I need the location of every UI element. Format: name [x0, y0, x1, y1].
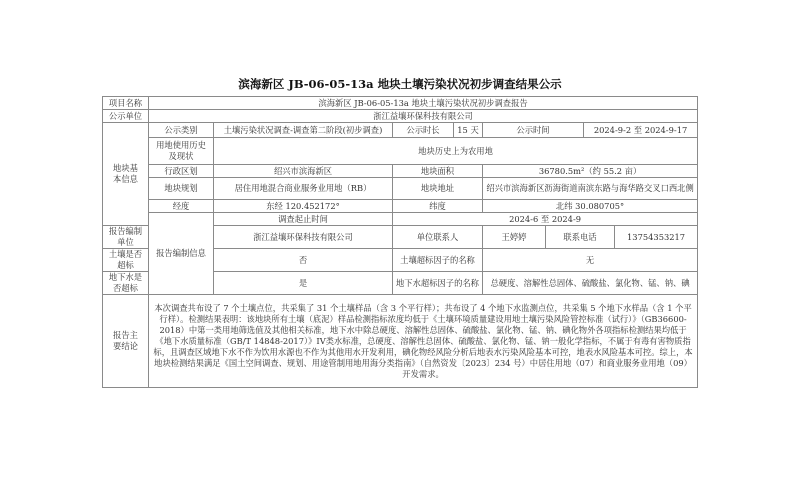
address-value: 绍兴市滨海新区沥海街道南滨东路与海华路交叉口西北侧 [483, 178, 698, 200]
period-label: 公示时间 [483, 123, 584, 138]
groundwater-exceed-label: 地下水是否超标 [103, 272, 149, 295]
contact-label: 单位联系人 [393, 226, 483, 249]
publisher-label: 公示单位 [103, 110, 149, 123]
category-value: 土壤污染状况调查-调查第二阶段(初步调查) [214, 123, 393, 138]
row-plan: 地块规划 居住用地混合商业服务业用地（RB） 地块地址 绍兴市滨海新区沥海街道南… [103, 178, 698, 200]
longitude-label: 经度 [149, 200, 214, 213]
groundwater-factor-label: 地下水超标因子的名称 [393, 272, 483, 295]
publisher-value: 浙江益壤环保科技有限公司 [149, 110, 698, 123]
area-label: 地块面积 [393, 165, 483, 178]
compiler-value: 浙江益壤环保科技有限公司 [214, 226, 393, 249]
basic-info-section-label: 地块基本信息 [103, 123, 149, 226]
latitude-value: 北纬 30.080705° [483, 200, 698, 213]
soil-factor-label: 土壤超标因子的名称 [393, 249, 483, 272]
row-district: 行政区划 绍兴市滨海新区 地块面积 36780.5m²（约 55.2 亩） [103, 165, 698, 178]
soil-exceed-label: 土壤是否超标 [103, 249, 149, 272]
address-label: 地块地址 [393, 178, 483, 200]
soil-exceed-value: 否 [214, 249, 393, 272]
district-value: 绍兴市滨海新区 [214, 165, 393, 178]
project-name-label: 项目名称 [103, 97, 149, 110]
row-survey-period: 报告编制信息 调查起止时间 2024-6 至 2024-9 [103, 213, 698, 226]
disclosure-table: 项目名称 滨海新区 JB-06-05-13a 地块土壤污染状况初步调查报告 公示… [102, 96, 698, 388]
project-name-value: 滨海新区 JB-06-05-13a 地块土壤污染状况初步调查报告 [149, 97, 698, 110]
conclusion-text: 本次调查共布设了 7 个土壤点位，共采集了 31 个土壤样品（含 3 个平行样）… [149, 295, 698, 388]
history-label: 用地使用历史及现状 [149, 138, 214, 165]
document-title: 滨海新区 JB-06-05-13a 地块土壤污染状况初步调查结果公示 [0, 76, 800, 92]
row-category: 地块基本信息 公示类别 土壤污染状况调查-调查第二阶段(初步调查) 公示时长 1… [103, 123, 698, 138]
survey-period-label: 调查起止时间 [214, 213, 393, 226]
area-value: 36780.5m²（约 55.2 亩） [483, 165, 698, 178]
row-publisher: 公示单位 浙江益壤环保科技有限公司 [103, 110, 698, 123]
report-info-section-label: 报告编制信息 [149, 213, 214, 295]
contact-value: 王婷婷 [483, 226, 546, 249]
plan-label: 地块规划 [149, 178, 214, 200]
groundwater-exceed-value: 是 [214, 272, 393, 295]
soil-factor-value: 无 [483, 249, 698, 272]
latitude-label: 纬度 [393, 200, 483, 213]
longitude-value: 东经 120.452172° [214, 200, 393, 213]
district-label: 行政区划 [149, 165, 214, 178]
phone-value: 13754353217 [615, 226, 698, 249]
row-project-name: 项目名称 滨海新区 JB-06-05-13a 地块土壤污染状况初步调查报告 [103, 97, 698, 110]
compiler-label: 报告编制单位 [103, 226, 149, 249]
groundwater-factor-value: 总硬度、溶解性总固体、硫酸盐、氯化物、锰、钠、碘 [483, 272, 698, 295]
survey-period-value: 2024-6 至 2024-9 [393, 213, 698, 226]
category-label: 公示类别 [149, 123, 214, 138]
duration-label: 公示时长 [393, 123, 454, 138]
phone-label: 联系电话 [546, 226, 615, 249]
duration-value: 15 天 [454, 123, 483, 138]
period-value: 2024-9-2 至 2024-9-17 [584, 123, 698, 138]
plan-value: 居住用地混合商业服务业用地（RB） [214, 178, 393, 200]
row-history: 用地使用历史及现状 地块历史上为农用地 [103, 138, 698, 165]
row-conclusion: 报告主要结论 本次调查共布设了 7 个土壤点位，共采集了 31 个土壤样品（含 … [103, 295, 698, 388]
row-coordinates: 经度 东经 120.452172° 纬度 北纬 30.080705° [103, 200, 698, 213]
history-value: 地块历史上为农用地 [214, 138, 698, 165]
conclusion-section-label: 报告主要结论 [103, 295, 149, 388]
